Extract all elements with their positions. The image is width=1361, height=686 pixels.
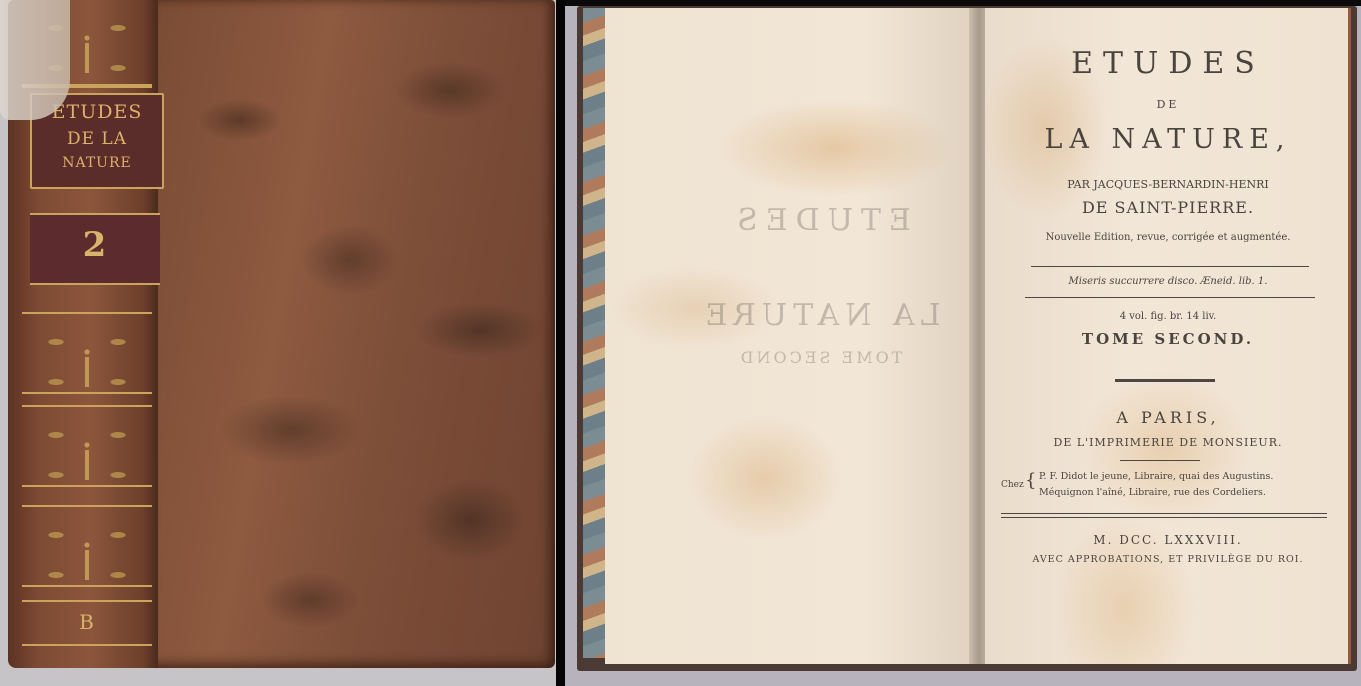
edition-note: Nouvelle Edition, revue, corrigée et aug…: [985, 232, 1351, 243]
show-through-volume: TOME SECOND: [635, 348, 1005, 367]
author-line-2: DE SAINT-PIERRE.: [985, 198, 1351, 217]
spine-title-line-2: DE LA: [32, 129, 162, 149]
double-rule-1: [1001, 513, 1327, 514]
imprint-printer: DE L'IMPRIMERIE DE MONSIEUR.: [985, 436, 1351, 449]
price-line: 4 vol. fig. br. 14 liv.: [985, 311, 1351, 322]
title-etudes: ETUDES: [985, 46, 1351, 81]
ornamental-dash: [1115, 379, 1215, 382]
monogram-icon: B: [22, 610, 152, 634]
show-through-subtitle: LA NATURE: [635, 298, 1005, 333]
seller-1: P. F. Didot le jeune, Libraire, quai des…: [1039, 471, 1273, 482]
show-through-title: ETUDES: [635, 203, 1005, 238]
title-de: DE: [985, 98, 1351, 111]
gilt-tail-panel: B: [22, 600, 152, 646]
imprint-city: A PARIS,: [985, 408, 1351, 427]
privilege-line: AVEC APPROBATIONS, ET PRIVILÈGE DU ROI.: [985, 554, 1351, 565]
leather-cover: [150, 0, 555, 668]
spine-volume-label: 2: [30, 213, 160, 285]
double-rule-2: [1001, 517, 1327, 518]
author-line-1: PAR JACQUES-BERNARDIN-HENRI: [985, 178, 1351, 191]
gilt-panel: [22, 505, 152, 587]
open-book-photo: ETUDES LA NATURE TOME SECOND ETUDES DE L…: [565, 0, 1361, 686]
gilt-panel: [22, 405, 152, 487]
seller-2: Méquignon l'aîné, Libraire, rue des Cord…: [1039, 487, 1266, 498]
left-page: ETUDES LA NATURE TOME SECOND: [605, 8, 975, 664]
sellers-prefix: Chez: [1001, 480, 1024, 490]
spine-volume-number: 2: [30, 225, 160, 265]
short-rule: [1120, 460, 1200, 461]
book-spine-photo: ETUDES DE LA NATURE 2 B: [0, 0, 556, 686]
volume-line: TOME SECOND.: [985, 330, 1351, 348]
brace-icon: {: [1025, 470, 1036, 491]
epigraph: Miseris succurrere disco. Æneid. lib. 1.: [985, 276, 1351, 287]
rule-top: [1031, 266, 1309, 267]
spine-title-line-3: NATURE: [32, 155, 162, 171]
worn-spine-head: [0, 0, 70, 120]
imprint-year: M. DCC. LXXXVIII.: [985, 533, 1351, 547]
title-la-nature: LA NATURE,: [985, 124, 1351, 155]
gilt-panel: [22, 312, 152, 394]
title-page: ETUDES DE LA NATURE, PAR JACQUES-BERNARD…: [985, 8, 1351, 664]
rule-bottom: [1025, 297, 1315, 298]
photo-divider: [556, 0, 565, 686]
